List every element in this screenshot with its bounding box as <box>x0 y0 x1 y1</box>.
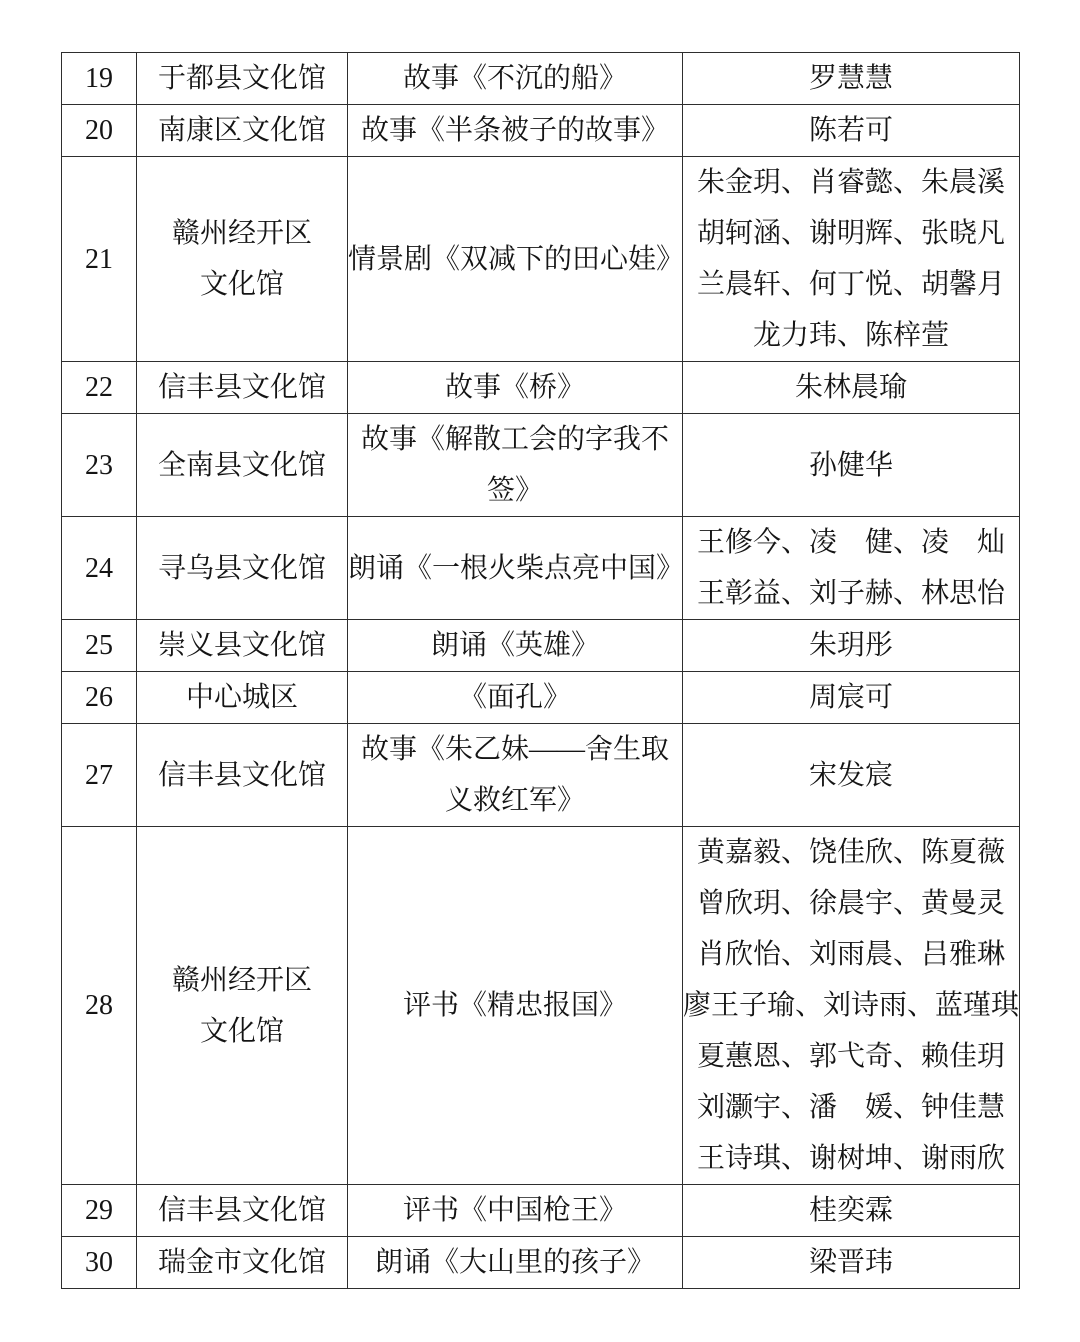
serial-number-cell: 28 <box>62 827 137 1185</box>
program-title-line: 朗诵《一根火柴点亮中国》 <box>348 543 682 594</box>
performers-cell: 桂奕霖 <box>683 1185 1020 1237</box>
performer-names-line: 王修今、凌 健、凌 灿 <box>683 517 1019 568</box>
serial-number: 19 <box>62 53 136 104</box>
table-row: 20南康区文化馆故事《半条被子的故事》陈若可 <box>62 105 1020 157</box>
program-cell: 故事《解散工会的字我不签》 <box>348 414 683 517</box>
performer-names-line: 刘灏宇、潘 媛、钟佳慧 <box>683 1082 1019 1133</box>
serial-number-cell: 23 <box>62 414 137 517</box>
program-title-line: 故事《解散工会的字我不 <box>348 414 682 465</box>
performers-cell: 王修今、凌 健、凌 灿王彰益、刘子赫、林思怡 <box>683 517 1020 620</box>
program-title-line: 故事《桥》 <box>348 362 682 413</box>
performer-names-line: 兰晨轩、何丁悦、胡馨月 <box>683 259 1019 310</box>
organization-line: 信丰县文化馆 <box>137 750 347 801</box>
serial-number-cell: 19 <box>62 53 137 105</box>
performer-names-line: 胡轲涵、谢明辉、张晓凡 <box>683 208 1019 259</box>
performer-names-line: 罗慧慧 <box>683 53 1019 104</box>
program-cell: 朗诵《一根火柴点亮中国》 <box>348 517 683 620</box>
performers-cell: 孙健华 <box>683 414 1020 517</box>
table-body: 19于都县文化馆故事《不沉的船》罗慧慧20南康区文化馆故事《半条被子的故事》陈若… <box>62 53 1020 1289</box>
performer-names-line: 夏蕙恩、郭弋奇、赖佳玥 <box>683 1031 1019 1082</box>
program-cell: 朗诵《英雄》 <box>348 620 683 672</box>
table-row: 24寻乌县文化馆朗诵《一根火柴点亮中国》王修今、凌 健、凌 灿王彰益、刘子赫、林… <box>62 517 1020 620</box>
serial-number: 23 <box>62 440 136 491</box>
program-cell: 朗诵《大山里的孩子》 <box>348 1237 683 1289</box>
performers-cell: 朱林晨瑜 <box>683 362 1020 414</box>
serial-number-cell: 24 <box>62 517 137 620</box>
serial-number: 27 <box>62 750 136 801</box>
organization-cell: 南康区文化馆 <box>137 105 348 157</box>
performer-names-line: 龙力玮、陈梓萱 <box>683 310 1019 361</box>
program-title-line: 故事《半条被子的故事》 <box>348 105 682 156</box>
program-title-line: 故事《朱乙妹——舍生取 <box>348 724 682 775</box>
serial-number: 21 <box>62 234 136 285</box>
performer-names-line: 宋发宸 <box>683 750 1019 801</box>
organization-line: 全南县文化馆 <box>137 440 347 491</box>
performer-names-line: 曾欣玥、徐晨宇、黄曼灵 <box>683 878 1019 929</box>
program-title-line: 评书《中国枪王》 <box>348 1185 682 1236</box>
table-row: 26中心城区《面孔》周宸可 <box>62 672 1020 724</box>
performers-cell: 朱金玥、肖睿懿、朱晨溪胡轲涵、谢明辉、张晓凡兰晨轩、何丁悦、胡馨月龙力玮、陈梓萱 <box>683 157 1020 362</box>
serial-number: 22 <box>62 362 136 413</box>
organization-line: 赣州经开区 <box>137 208 347 259</box>
program-title-line: 故事《不沉的船》 <box>348 53 682 104</box>
program-cell: 评书《精忠报国》 <box>348 827 683 1185</box>
organization-line: 寻乌县文化馆 <box>137 543 347 594</box>
performer-names-line: 朱金玥、肖睿懿、朱晨溪 <box>683 157 1019 208</box>
serial-number-cell: 30 <box>62 1237 137 1289</box>
serial-number: 24 <box>62 543 136 594</box>
organization-line: 于都县文化馆 <box>137 53 347 104</box>
table-row: 28赣州经开区文化馆评书《精忠报国》黄嘉毅、饶佳欣、陈夏薇曾欣玥、徐晨宇、黄曼灵… <box>62 827 1020 1185</box>
table-row: 27信丰县文化馆故事《朱乙妹——舍生取义救红军》宋发宸 <box>62 724 1020 827</box>
organization-line: 信丰县文化馆 <box>137 362 347 413</box>
organization-line: 瑞金市文化馆 <box>137 1237 347 1288</box>
performer-names-line: 王彰益、刘子赫、林思怡 <box>683 568 1019 619</box>
organization-cell: 崇义县文化馆 <box>137 620 348 672</box>
serial-number: 29 <box>62 1185 136 1236</box>
organization-line: 南康区文化馆 <box>137 105 347 156</box>
serial-number: 28 <box>62 980 136 1031</box>
performer-names-line: 朱玥彤 <box>683 620 1019 671</box>
organization-cell: 赣州经开区文化馆 <box>137 827 348 1185</box>
performer-names-line: 桂奕霖 <box>683 1185 1019 1236</box>
performers-cell: 宋发宸 <box>683 724 1020 827</box>
organization-cell: 于都县文化馆 <box>137 53 348 105</box>
performer-names-line: 黄嘉毅、饶佳欣、陈夏薇 <box>683 827 1019 878</box>
program-cell: 《面孔》 <box>348 672 683 724</box>
serial-number-cell: 25 <box>62 620 137 672</box>
organization-cell: 信丰县文化馆 <box>137 362 348 414</box>
program-cell: 评书《中国枪王》 <box>348 1185 683 1237</box>
performers-cell: 朱玥彤 <box>683 620 1020 672</box>
table-row: 21赣州经开区文化馆情景剧《双减下的田心娃》朱金玥、肖睿懿、朱晨溪胡轲涵、谢明辉… <box>62 157 1020 362</box>
serial-number-cell: 27 <box>62 724 137 827</box>
program-cell: 故事《桥》 <box>348 362 683 414</box>
performer-names-line: 廖王子瑜、刘诗雨、蓝瑾琪 <box>683 980 1019 1031</box>
organization-line: 文化馆 <box>137 259 347 310</box>
serial-number-cell: 20 <box>62 105 137 157</box>
organization-line: 崇义县文化馆 <box>137 620 347 671</box>
serial-number: 20 <box>62 105 136 156</box>
organization-line: 中心城区 <box>137 672 347 723</box>
serial-number-cell: 29 <box>62 1185 137 1237</box>
performer-names-line: 孙健华 <box>683 440 1019 491</box>
organization-cell: 信丰县文化馆 <box>137 1185 348 1237</box>
serial-number: 26 <box>62 672 136 723</box>
organization-line: 赣州经开区 <box>137 955 347 1006</box>
program-title-line: 义救红军》 <box>348 775 682 826</box>
program-title-line: 评书《精忠报国》 <box>348 980 682 1031</box>
performer-names-line: 王诗琪、谢树坤、谢雨欣 <box>683 1133 1019 1184</box>
organization-cell: 赣州经开区文化馆 <box>137 157 348 362</box>
award-list-table: 19于都县文化馆故事《不沉的船》罗慧慧20南康区文化馆故事《半条被子的故事》陈若… <box>61 52 1020 1289</box>
program-title-line: 朗诵《大山里的孩子》 <box>348 1237 682 1288</box>
serial-number: 30 <box>62 1237 136 1288</box>
performers-cell: 周宸可 <box>683 672 1020 724</box>
program-title-line: 朗诵《英雄》 <box>348 620 682 671</box>
performer-names-line: 朱林晨瑜 <box>683 362 1019 413</box>
performers-cell: 梁晋玮 <box>683 1237 1020 1289</box>
program-cell: 故事《朱乙妹——舍生取义救红军》 <box>348 724 683 827</box>
program-cell: 故事《不沉的船》 <box>348 53 683 105</box>
program-cell: 故事《半条被子的故事》 <box>348 105 683 157</box>
organization-line: 文化馆 <box>137 1006 347 1057</box>
organization-cell: 瑞金市文化馆 <box>137 1237 348 1289</box>
performer-names-line: 梁晋玮 <box>683 1237 1019 1288</box>
serial-number-cell: 22 <box>62 362 137 414</box>
organization-cell: 全南县文化馆 <box>137 414 348 517</box>
performers-cell: 黄嘉毅、饶佳欣、陈夏薇曾欣玥、徐晨宇、黄曼灵肖欣怡、刘雨晨、吕雅琳廖王子瑜、刘诗… <box>683 827 1020 1185</box>
table-row: 19于都县文化馆故事《不沉的船》罗慧慧 <box>62 53 1020 105</box>
performers-cell: 陈若可 <box>683 105 1020 157</box>
organization-line: 信丰县文化馆 <box>137 1185 347 1236</box>
serial-number-cell: 26 <box>62 672 137 724</box>
serial-number: 25 <box>62 620 136 671</box>
program-title-line: 《面孔》 <box>348 672 682 723</box>
table-row: 25崇义县文化馆朗诵《英雄》朱玥彤 <box>62 620 1020 672</box>
organization-cell: 信丰县文化馆 <box>137 724 348 827</box>
table-row: 30瑞金市文化馆朗诵《大山里的孩子》梁晋玮 <box>62 1237 1020 1289</box>
program-title-line: 签》 <box>348 465 682 516</box>
organization-cell: 寻乌县文化馆 <box>137 517 348 620</box>
table-row: 23全南县文化馆故事《解散工会的字我不签》孙健华 <box>62 414 1020 517</box>
organization-cell: 中心城区 <box>137 672 348 724</box>
performer-names-line: 陈若可 <box>683 105 1019 156</box>
document-page: 19于都县文化馆故事《不沉的船》罗慧慧20南康区文化馆故事《半条被子的故事》陈若… <box>0 0 1080 1342</box>
table-row: 22信丰县文化馆故事《桥》朱林晨瑜 <box>62 362 1020 414</box>
performer-names-line: 肖欣怡、刘雨晨、吕雅琳 <box>683 929 1019 980</box>
program-cell: 情景剧《双减下的田心娃》 <box>348 157 683 362</box>
performer-names-line: 周宸可 <box>683 672 1019 723</box>
program-title-line: 情景剧《双减下的田心娃》 <box>348 234 682 285</box>
table-row: 29信丰县文化馆评书《中国枪王》桂奕霖 <box>62 1185 1020 1237</box>
performers-cell: 罗慧慧 <box>683 53 1020 105</box>
serial-number-cell: 21 <box>62 157 137 362</box>
